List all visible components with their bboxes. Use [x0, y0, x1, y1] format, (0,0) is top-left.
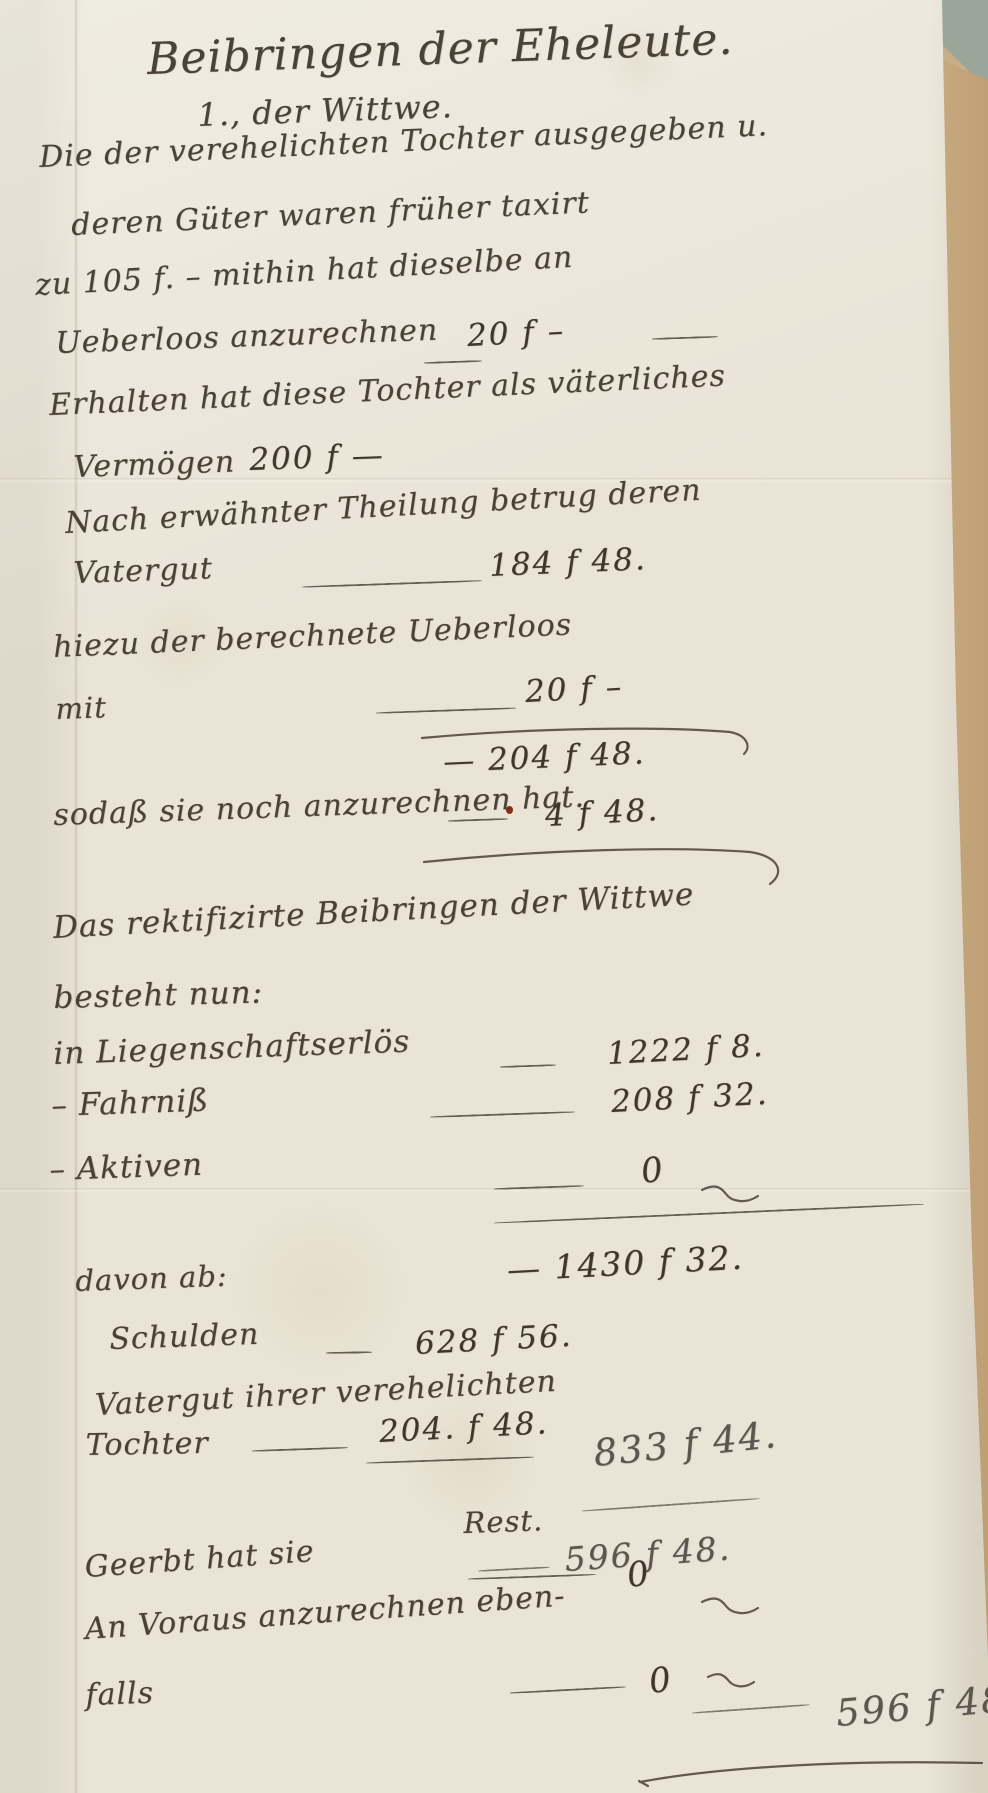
amount: — 1430 f 32.	[506, 1238, 745, 1289]
amount: 200 f —	[249, 437, 386, 478]
handwritten-line: Vatergut	[73, 551, 214, 591]
handwritten-line: sodaß sie noch anzurechnen hat.	[53, 779, 586, 833]
amount: 4 f 48.	[544, 792, 660, 834]
ink-dash	[430, 1111, 575, 1118]
ink-dash	[692, 1704, 810, 1714]
page-title: Beibringen der Eheleute.	[146, 14, 734, 85]
amount: 184 f 48.	[488, 541, 647, 584]
list-item: in Liegenschaftserlös	[53, 1024, 411, 1072]
amount: 1222 f 8.	[606, 1028, 765, 1072]
handwritten-line: hiezu der berechnete Ueberloos	[52, 607, 572, 665]
manuscript-page: Beibringen der Eheleute. 1., der Wittwe.…	[0, 0, 988, 1793]
ink-dash	[500, 1064, 556, 1068]
handwritten-line: deren Güter waren früher taxirt	[70, 185, 590, 243]
amount-carry: 596 f 48	[834, 1677, 988, 1735]
amount: 204. f 48.	[378, 1405, 549, 1450]
amount: 208 f 32.	[610, 1076, 769, 1120]
ink-dash	[252, 1447, 348, 1452]
handwritten-line: An Voraus anzurechnen eben-	[84, 1578, 567, 1647]
handwritten-line: zu 105 f. – mithin hat dieselbe an	[34, 240, 574, 303]
list-item: – Aktiven	[49, 1147, 204, 1188]
ink-dash	[424, 360, 482, 364]
ink-dash	[302, 580, 482, 588]
ink-dash	[326, 1351, 372, 1354]
handwritten-line: Vermögen	[73, 444, 236, 485]
amount: 833 f 44.	[592, 1413, 780, 1475]
ink-dash	[652, 336, 718, 340]
label-rest: Rest.	[463, 1503, 544, 1540]
list-item: Tochter	[85, 1426, 209, 1463]
handwritten-line: Das rektifizirte Beibringen der Wittwe	[52, 876, 695, 946]
amount: 0	[646, 1659, 675, 1702]
handwritten-line: Erhalten hat diese Tochter als väterlich…	[48, 358, 726, 423]
list-item: – Fahrniß	[51, 1083, 210, 1124]
nil-hook-flourish	[706, 1670, 756, 1692]
sum-rule	[582, 1498, 760, 1512]
list-item: Schulden	[109, 1317, 260, 1357]
nil-hook-flourish	[700, 1594, 762, 1620]
handwritten-line: Geerbt hat sie	[84, 1534, 316, 1585]
handwritten-line: mit	[55, 690, 108, 726]
amount: 20 f –	[466, 313, 566, 354]
bottom-flourish	[636, 1756, 986, 1790]
amount: — 204 f 48.	[442, 735, 646, 780]
ink-dash	[376, 707, 516, 714]
handwritten-line: Ueberloos anzurechnen	[55, 313, 439, 361]
nil-hook-flourish	[700, 1182, 762, 1208]
amount: 0	[638, 1149, 667, 1192]
sum-rule	[366, 1456, 534, 1464]
handwritten-line: falls	[85, 1676, 155, 1713]
photo-of-manuscript: { "photo": { "paper_color": "#e9e4d6", "…	[0, 0, 988, 1793]
handwritten-line: davon ab:	[75, 1259, 228, 1298]
ink-dash	[478, 1566, 550, 1572]
ink-dash	[510, 1686, 626, 1694]
amount: 628 f 56.	[414, 1318, 573, 1362]
handwritten-line: besteht nun:	[53, 975, 263, 1016]
amount: 0	[624, 1553, 653, 1596]
amount: 20 f –	[524, 669, 624, 710]
